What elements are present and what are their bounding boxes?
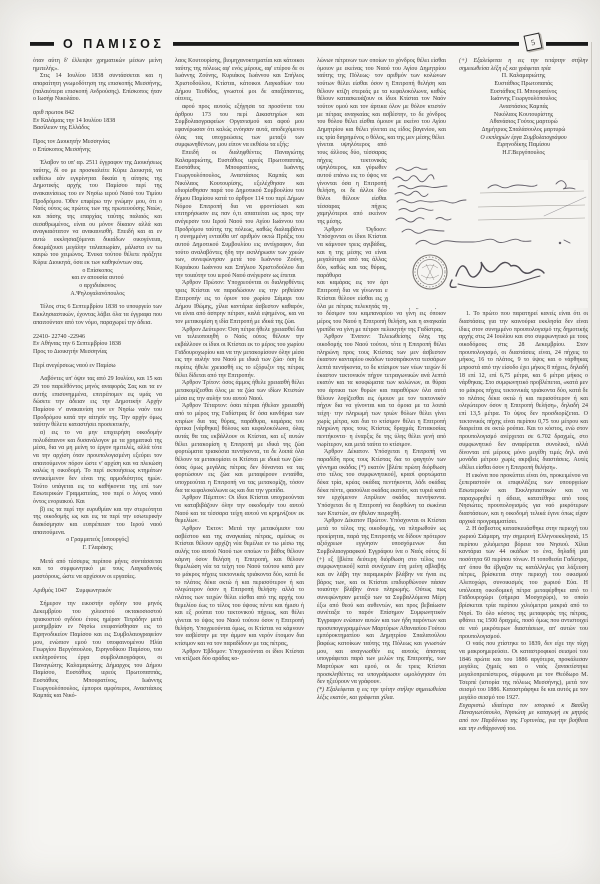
paragraph: Εν Αθήναις την 6 Σεπτεμβρίου 1838 [33,341,162,349]
paragraph: Βασίλειον της Ελλάδος [33,125,162,133]
notary-line-scribble [416,239,570,244]
paragraph: Άρθρον Δέκατον Πρώτον. Υπόσχονται οι Κτί… [317,518,446,687]
column-1: όταν αύτη δ' έλλειψιν χρηματικών μέσων μ… [33,58,162,733]
paragraph: Περί ανεγέρσεως ναού εν Παμίσω [33,363,162,371]
paragraph: (+) Εξαλείφεται η εις την τετάρτην στήλη… [459,58,588,73]
paragraph: ο αρχιδιάκονος [33,283,162,291]
column-2: λαος Κουτουρίσης, βιομηχανοκτηματίαι και… [175,58,304,733]
witness-signature-scribble [488,181,586,216]
paragraph: 1. Το πρώτο που παρατηρεί κανείς είναι ό… [459,311,588,472]
vergopoulos-signature-flourish [450,262,544,288]
newspaper-page: Ο ΠΑΜΙΣΟΣ 5 όταν αύτη δ' έλλειψιν χρηματ… [0,0,600,884]
page-number: 5 [530,37,536,47]
paragraph: Η.Γ.Βεργόπουλος [459,150,588,158]
paragraph: (*) Εξαλείφεται η εις την τρίτην στήλην … [317,687,446,702]
paragraph: Άρθρον Δέκατον. Υπόσχεται η Επιτροπή να … [317,449,446,518]
paragraph: Άρθρον Έκτον: Μετά την μετακόμισιν του α… [175,526,304,649]
paragraph: Έλαβον το υπ' αρ. 2511 έγγραφον της Διοι… [33,160,162,267]
paragraph: Αναστάσιος Καμπάς [459,104,588,112]
paragraph: ο Επίσκοπος Μεσσήνης [33,147,162,155]
paragraph: αριθ πρωτοκ 842 [33,110,162,118]
paragraph: Ευχαριστώ ιδιαίτερα τον ιστορικό κ Βασίλ… [459,703,588,734]
paragraph: Νικόλαος Κουτουρίστης [459,112,588,120]
masthead: Ο ΠΑΜΙΣΟΣ 5 [30,34,588,54]
paragraph: Άρθρον Πρώτον: Υποχρεούνται οι διαληφθέν… [175,280,304,326]
paragraph: Αθανάσιος Γούτος μαρτυρώ [459,119,588,127]
paragraph: Ευστάθιος Πρωτοπαπάς [459,81,588,89]
paragraph: Στις 14 Ιουλίου 1838 συντάσσεται και η α… [33,73,162,104]
handwriting-illustration [388,160,588,308]
masthead-rule-right [173,42,519,47]
masthead-rule-tail [546,42,588,47]
page-number-box: 5 [524,32,543,51]
paragraph: β) εις τα περί την ευρυθμίαν και την στε… [33,507,162,538]
paragraph: λαος Κουτουρίσης, βιομηχανοκτηματίαι και… [175,58,304,104]
paragraph: Μετά από τέσσερις περίπου μήνες συντάσσε… [33,559,162,582]
notary-seal-icon [413,255,447,289]
paragraph: 2. Η άσβεστος κατασκευάσθηκε στην περιοχ… [459,526,588,641]
paragraph: Επειδή οι διαληφθέντες Παναγιώτης Καλαμα… [175,150,304,280]
paragraph: Ειρηνοδίκης Παμίσου [459,142,588,150]
paragraph: Ο ναός που χτίστηκε το 1839, δεν είχε τη… [459,641,588,702]
paragraph: Δημήτριος Σπαλάσουλος μαρτυρώ [459,127,588,135]
paragraph: ο Γραμματεύς [υπουργός] [33,537,162,545]
paragraph: Αριθμός 1047 Συμφωνητικόν [33,588,162,596]
paragraph: αφού προς αυτούς εξήγησα τα προσόντα του… [175,104,304,150]
paragraph: Προς τον Διοικητήν Μεσσηνίας [33,139,162,147]
paragraph: ο Επίσκοπος [33,268,162,276]
paragraph: α) εις το να μην επιχειρήση οικοδομήν πο… [33,430,162,507]
paragraph: όταν αύτη δ' έλλειψιν χρηματικών μέσων μ… [33,58,162,73]
paragraph: Π. Καλαμαριώτης [459,73,588,81]
masthead-rule-left [30,42,54,47]
paragraph: Γ. Γλαράκης [33,545,162,553]
paragraph: Άρθρον Δεύτερον: Όση πέτρα ήθελε χρειασθ… [175,327,304,381]
handwritten-signatures-figure [388,160,588,308]
paragraph: Άρθρον Όγδοον: Υπόσχονται οι ίδιοι Κτίστ… [317,227,387,281]
paragraph: Άρθρον Ένατον: Τελειωθείσης όλης της οικ… [317,334,446,449]
paragraph: Η εικόνα που προκύπτει είναι ότι, προκει… [459,473,588,527]
page-title: Ο ΠΑΜΙΣΟΣ [63,37,164,51]
paragraph: Εν Καλάμαις την 14 Ιουλίου 1838 [33,118,162,126]
paragraph: Προς το Διοικητήν Μεσσηνίας [33,349,162,357]
ruled-lines [478,191,585,220]
paragraph: Σήμερον την εικοστήν ογδόην του μηνός Δε… [33,601,162,701]
scan-edge-line [591,42,592,592]
signature-scribbles-left [393,167,466,233]
paragraph: Ο εκπληρών έργα Συμβολαιογράφου [459,135,588,143]
paragraph: Ιωάννης Γεωργουλόπουλος [459,96,588,104]
paragraph: Άρθρον Τέταρτον: όσαι πέτραι ήθελαν χρει… [175,403,304,495]
paragraph: Άρθρον Τρίτον: όσος άμμος ήθελε χρειασθή… [175,380,304,403]
paragraph: Α.Ψηλογαλανόπουλος [33,291,162,299]
paragraph: και εν απουσία αυτού [33,275,162,283]
paragraph: 22410- 22740 -22946 [33,334,162,342]
paragraph: γίνεται υψηλότερος από τους άλλους δύο, … [317,142,387,226]
paragraph: Άρθρον Πέμπτον: Οι ίδιοι Κτίσται υποχρεο… [175,495,304,526]
paragraph: Άρθρον Έβδομον: Υποχρεούνται οι ίδιοι Κτ… [175,649,304,664]
paragraph: λώνων πέτρινων των οποίων το χόνδρος θέλ… [317,58,446,142]
paragraph: Τέλος στις 6 Σεπτεμβρίου 1838 το υπουργε… [33,304,162,327]
paragraph: Λαβόντες υπ' όψιν τας από 29 Ιουλίου, κα… [33,376,162,430]
paragraph: Ευστάθιος Π. Μπουρατίνος [459,89,588,97]
